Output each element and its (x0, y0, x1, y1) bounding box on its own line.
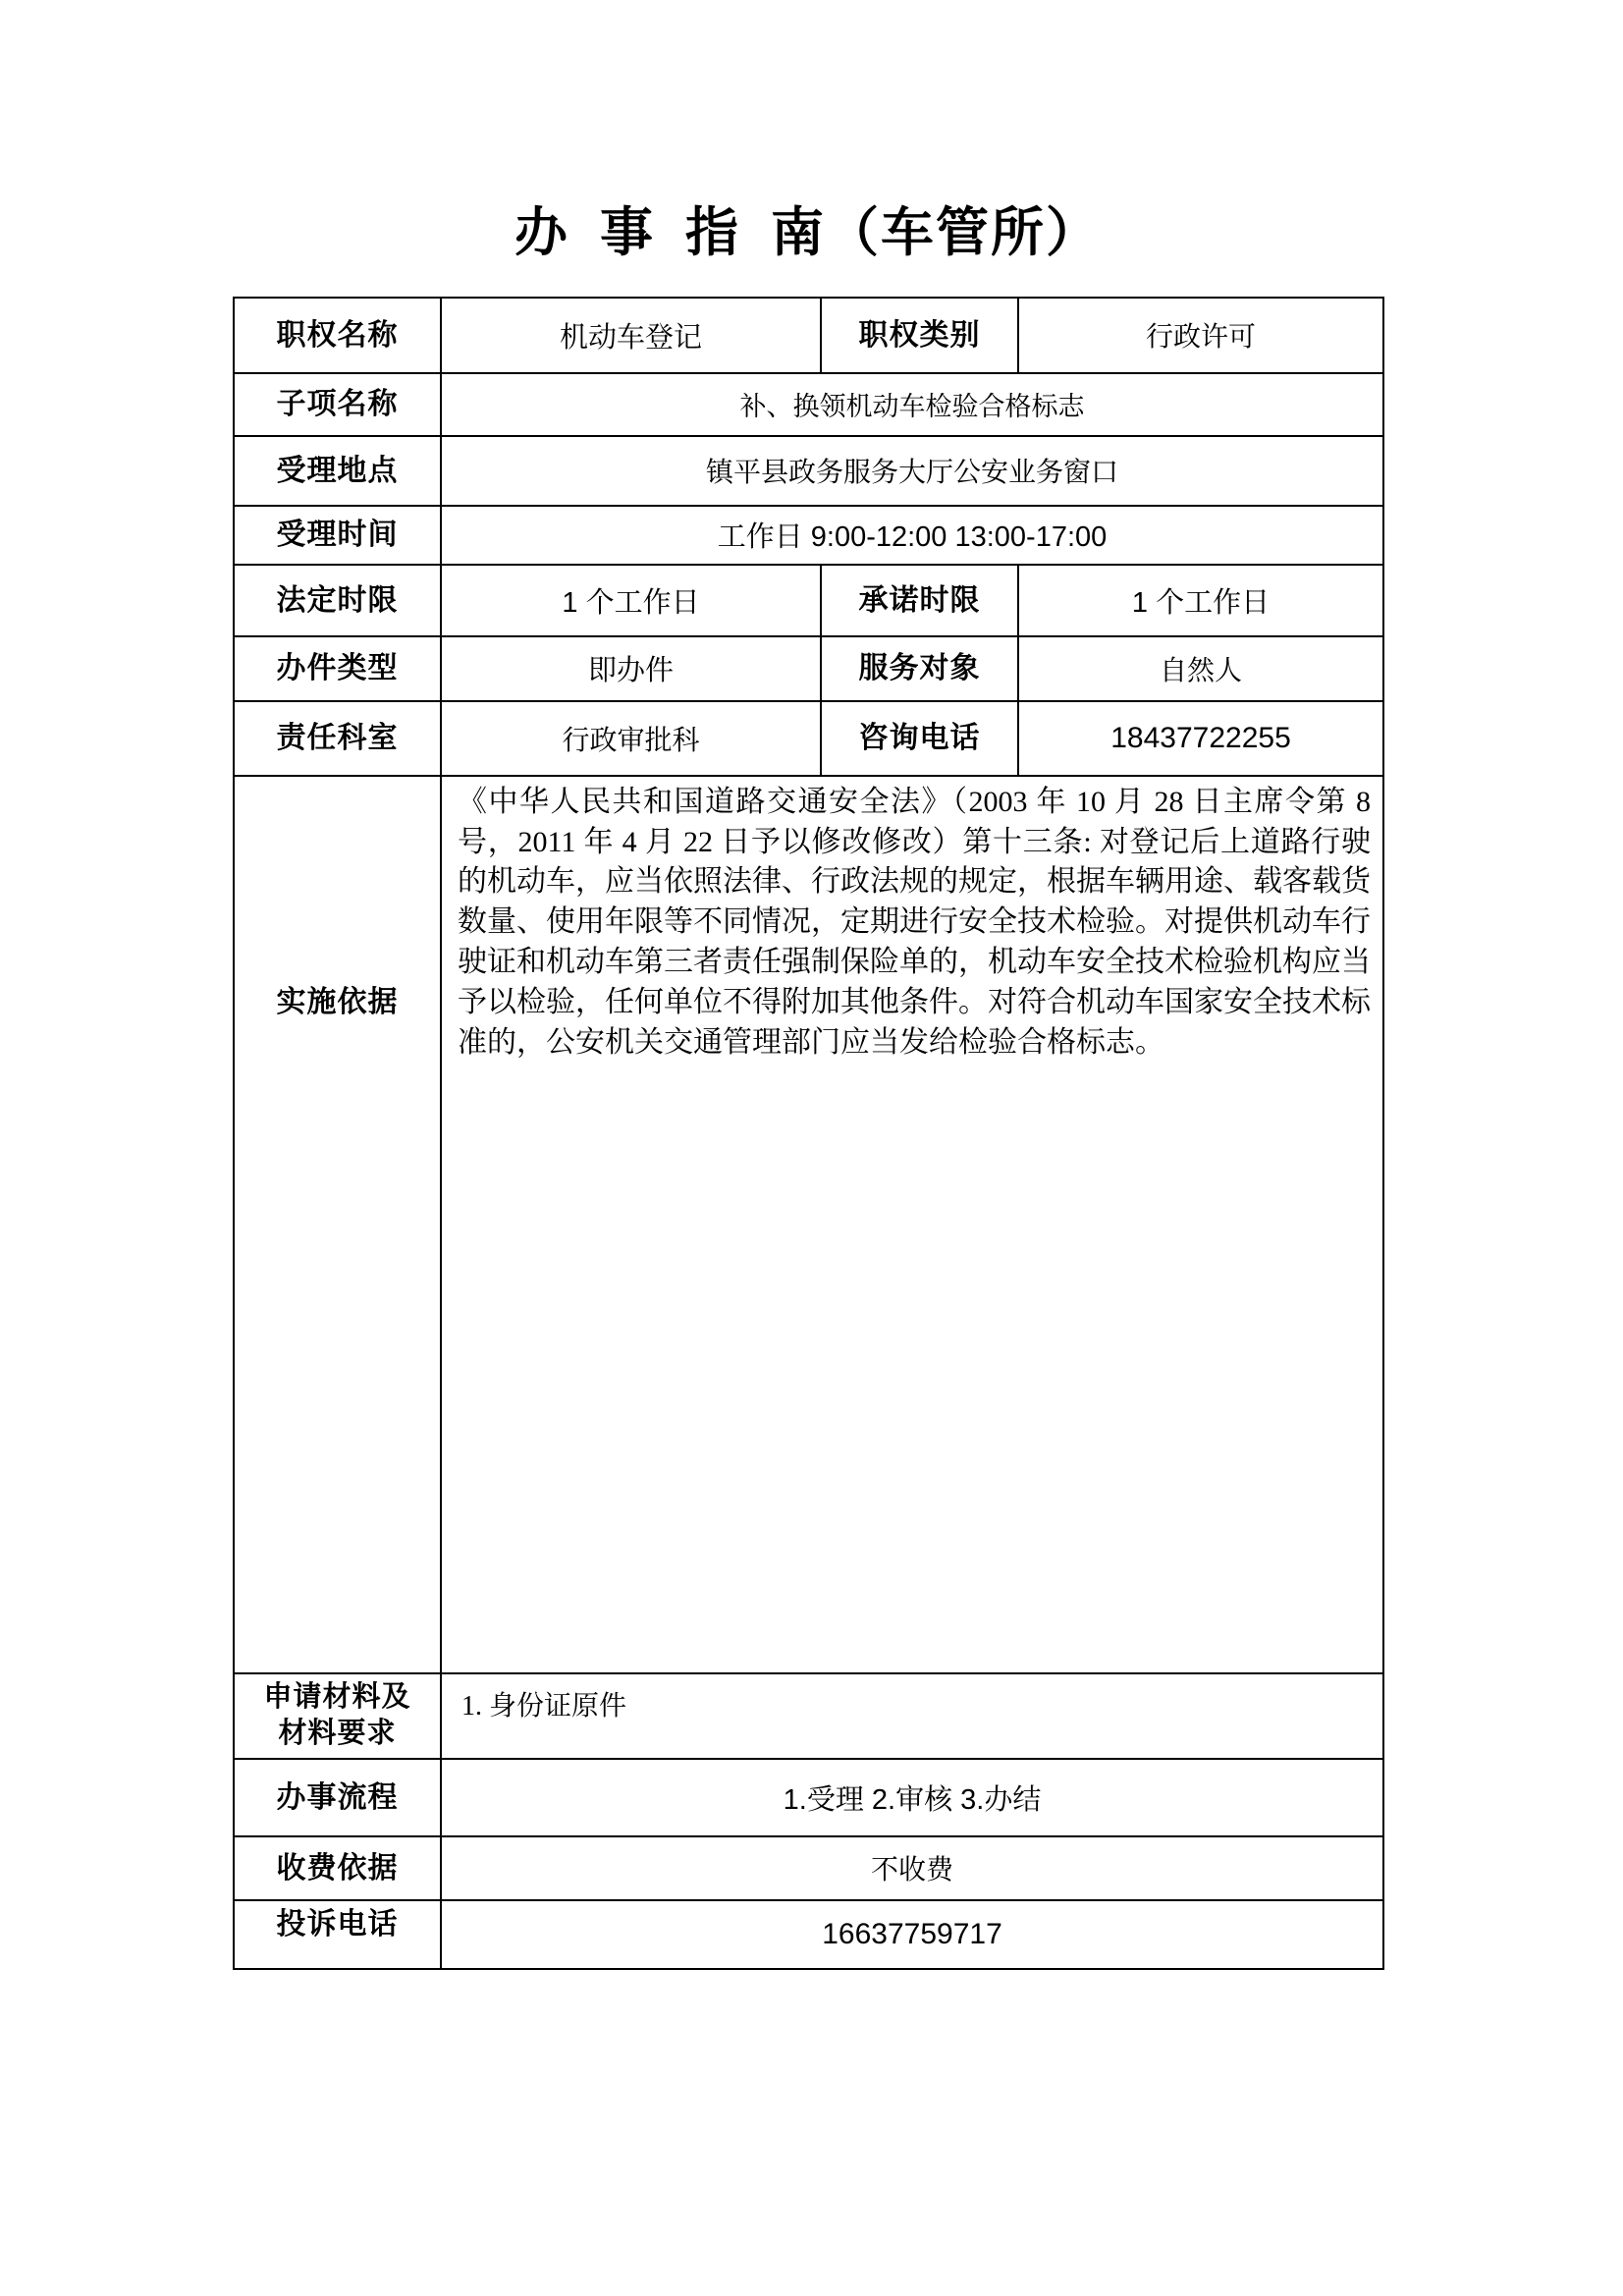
service-object-label: 服务对象 (821, 636, 1018, 701)
accept-time-value: 工作日 9:00-12:00 13:00-17:00 (441, 506, 1383, 565)
process-label: 办事流程 (234, 1759, 441, 1836)
row-time-limits: 法定时限 1 个工作日 承诺时限 1 个工作日 (234, 565, 1383, 636)
application-materials-label: 申请材料及 材料要求 (234, 1673, 441, 1759)
accept-place-value: 镇平县政务服务大厅公安业务窗口 (441, 436, 1383, 506)
fee-basis-value: 不收费 (441, 1836, 1383, 1900)
sub-item-label: 子项名称 (234, 373, 441, 436)
row-process: 办事流程 1.受理 2.审核 3.办结 (234, 1759, 1383, 1836)
document-page: 办 事 指 南（车管所） 职权名称 机动车登记 职权类别 行政许可 子项名称 补… (0, 0, 1623, 2296)
accept-time-label: 受理时间 (234, 506, 441, 565)
service-guide-table: 职权名称 机动车登记 职权类别 行政许可 子项名称 补、换领机动车检验合格标志 … (233, 297, 1384, 1970)
consult-phone-value: 18437722255 (1018, 701, 1383, 776)
service-object-value: 自然人 (1018, 636, 1383, 701)
application-materials-label-line1: 申请材料及 (235, 1679, 440, 1717)
responsible-office-label: 责任科室 (234, 701, 441, 776)
sub-item-value: 补、换领机动车检验合格标志 (441, 373, 1383, 436)
power-name-value: 机动车登记 (441, 298, 821, 373)
implementation-basis-text: 《中华人民共和国道路交通安全法》（2003 年 10 月 28 日主席令第 8 … (441, 776, 1383, 1673)
legal-time-limit-label: 法定时限 (234, 565, 441, 636)
accept-place-label: 受理地点 (234, 436, 441, 506)
row-accept-time: 受理时间 工作日 9:00-12:00 13:00-17:00 (234, 506, 1383, 565)
row-sub-item: 子项名称 补、换领机动车检验合格标志 (234, 373, 1383, 436)
power-name-label: 职权名称 (234, 298, 441, 373)
row-item-type: 办件类型 即办件 服务对象 自然人 (234, 636, 1383, 701)
promise-time-limit-value: 1 个工作日 (1018, 565, 1383, 636)
row-fee-basis: 收费依据 不收费 (234, 1836, 1383, 1900)
row-accept-place: 受理地点 镇平县政务服务大厅公安业务窗口 (234, 436, 1383, 506)
process-value: 1.受理 2.审核 3.办结 (441, 1759, 1383, 1836)
complaint-phone-label: 投诉电话 (234, 1900, 441, 1969)
fee-basis-label: 收费依据 (234, 1836, 441, 1900)
power-type-label: 职权类别 (821, 298, 1018, 373)
complaint-phone-value: 16637759717 (441, 1900, 1383, 1969)
application-materials-label-line2: 材料要求 (235, 1716, 440, 1753)
legal-time-limit-value: 1 个工作日 (441, 565, 821, 636)
consult-phone-label: 咨询电话 (821, 701, 1018, 776)
row-implementation-basis: 实施依据 《中华人民共和国道路交通安全法》（2003 年 10 月 28 日主席… (234, 776, 1383, 1673)
promise-time-limit-label: 承诺时限 (821, 565, 1018, 636)
implementation-basis-label: 实施依据 (234, 776, 441, 1673)
page-title: 办 事 指 南（车管所） (233, 201, 1382, 265)
power-type-value: 行政许可 (1018, 298, 1383, 373)
application-materials-value: 1. 身份证原件 (441, 1673, 1383, 1759)
responsible-office-value: 行政审批科 (441, 701, 821, 776)
row-power-name: 职权名称 机动车登记 职权类别 行政许可 (234, 298, 1383, 373)
row-responsible-office: 责任科室 行政审批科 咨询电话 18437722255 (234, 701, 1383, 776)
item-type-value: 即办件 (441, 636, 821, 701)
item-type-label: 办件类型 (234, 636, 441, 701)
row-application-materials: 申请材料及 材料要求 1. 身份证原件 (234, 1673, 1383, 1759)
row-complaint-phone: 投诉电话 16637759717 (234, 1900, 1383, 1969)
